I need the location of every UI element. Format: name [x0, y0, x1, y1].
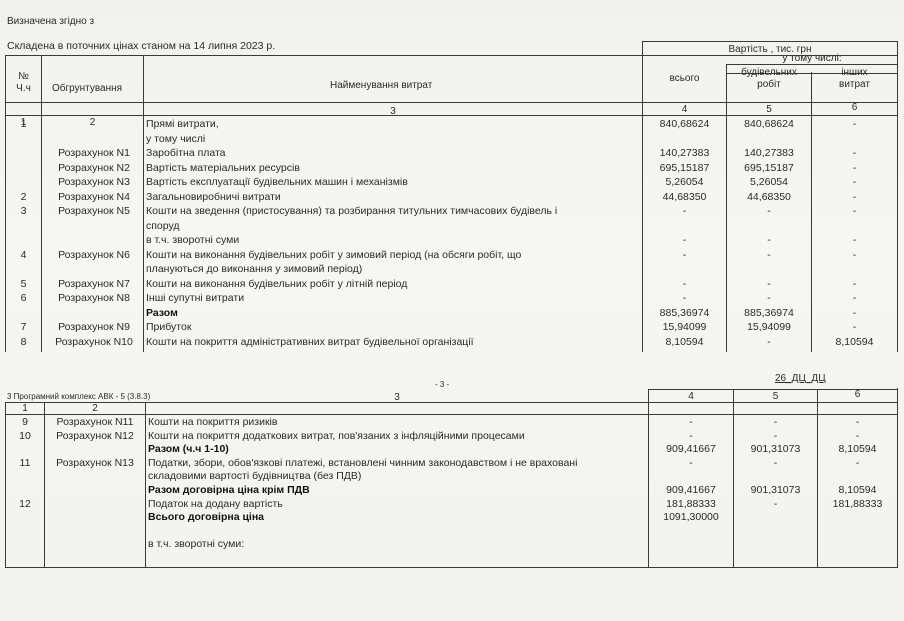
row-other: -	[812, 147, 897, 159]
row-other: -	[812, 205, 897, 217]
row-total: -	[649, 430, 733, 442]
row-basis: Розрахунок N6	[48, 249, 140, 261]
row-number: 11	[6, 457, 44, 469]
table2-bottom-border	[5, 567, 898, 568]
row-total: -	[649, 457, 733, 469]
row-basis: Розрахунок N8	[48, 292, 140, 304]
row-total: 140,27383	[643, 147, 726, 159]
t2-idx-3: 3	[146, 392, 648, 403]
table2-col-divider	[145, 402, 146, 568]
row-other: -	[812, 278, 897, 290]
row-other: -	[812, 307, 897, 319]
row-basis: Розрахунок N1	[48, 147, 140, 159]
col-num-header-line2: Ч.ч	[6, 83, 41, 95]
col-build-header-line2: робіт	[727, 79, 811, 91]
row-name: Разом договірна ціна крім ПДВ	[148, 484, 310, 496]
row-build: 44,68350	[727, 191, 811, 203]
row-other: 8,10594	[818, 484, 897, 496]
row-name: Кошти на зведення (пристосування) та роз…	[146, 205, 557, 217]
row-basis: Розрахунок N7	[48, 278, 140, 290]
row-build: 15,94099	[727, 321, 811, 333]
row-build: -	[734, 457, 817, 469]
row-total: -	[643, 249, 726, 261]
row-number: 3	[6, 205, 41, 217]
row-other: 181,88333	[818, 498, 897, 510]
row-build: 901,31073	[734, 484, 817, 496]
row-other: -	[812, 321, 897, 333]
row-number: 12	[6, 498, 44, 510]
row-basis: Розрахунок N13	[47, 457, 143, 469]
header-bottom-border	[5, 102, 898, 103]
row-total: 909,41667	[649, 443, 733, 455]
table1-col-divider	[41, 55, 42, 352]
row-total: 181,88333	[649, 498, 733, 510]
row-name: Разом	[146, 307, 178, 319]
row-build: -	[727, 336, 811, 348]
cost-header-top-border	[642, 41, 898, 42]
idx-3: 3	[144, 106, 642, 117]
row-name: Вартість експлуатації будівельних машин …	[146, 176, 408, 188]
row-other: -	[818, 457, 897, 469]
row-name: Всього договірна ціна	[148, 511, 264, 523]
row-total: -	[643, 205, 726, 217]
row-name: складовими вартості будівництва (без ПДВ…	[148, 470, 361, 482]
row-name: Податки, збори, обов'язкові платежі, вст…	[148, 457, 577, 469]
row-total: -	[649, 416, 733, 428]
table1-right-border	[897, 41, 898, 352]
t2-idx-4: 4	[649, 391, 733, 402]
row-number: 1	[6, 118, 41, 130]
row-build: 840,68624	[727, 118, 811, 130]
row-number: 4	[6, 249, 41, 261]
row-number: 2	[6, 191, 41, 203]
row-basis: Розрахунок N11	[47, 416, 143, 428]
row-total: 909,41667	[649, 484, 733, 496]
row-name: у тому числі	[146, 133, 205, 145]
table1-left-border	[5, 55, 6, 352]
row-total: 5,26054	[643, 176, 726, 188]
row-total: 1091,30000	[649, 511, 733, 523]
row-name: Прибуток	[146, 321, 191, 333]
row-name: Кошти на покриття адміністративних витра…	[146, 336, 474, 348]
software-label: 3 Програмний комплекс АВК - 5 (3.8.3)	[7, 392, 150, 401]
t2-idx-2: 2	[45, 403, 145, 414]
t2-idx-5: 5	[734, 391, 817, 402]
row-total: 695,15187	[643, 162, 726, 174]
row-total: 15,94099	[643, 321, 726, 333]
row-name: Разом (ч.ч 1-10)	[148, 443, 229, 455]
row-build: -	[734, 498, 817, 510]
row-total: 885,36974	[643, 307, 726, 319]
row-name: Заробітна плата	[146, 147, 226, 159]
col-basis-header: Обгрунтування	[52, 83, 122, 94]
row-basis: Розрахунок N10	[48, 336, 140, 348]
row-build: -	[727, 249, 811, 261]
col-incl-header: у тому числі:	[727, 53, 897, 64]
row-name: в т.ч. зворотні суми	[146, 234, 239, 246]
determined-by-text: Визначена згідно з	[7, 16, 94, 27]
row-build: -	[734, 416, 817, 428]
row-build: 140,27383	[727, 147, 811, 159]
row-build: 5,26054	[727, 176, 811, 188]
row-build: -	[727, 292, 811, 304]
row-basis: Розрахунок N4	[48, 191, 140, 203]
row-name: в т.ч. зворотні суми:	[148, 538, 244, 550]
col-build-header: будівельних робіт	[727, 67, 811, 91]
row-total: 44,68350	[643, 191, 726, 203]
row-other: -	[812, 162, 897, 174]
row-basis: Розрахунок N3	[48, 176, 140, 188]
col-other-header: інших витрат	[812, 67, 897, 91]
page-marker: - 3 -	[435, 380, 449, 389]
row-total: -	[643, 292, 726, 304]
row-other: -	[812, 191, 897, 203]
idx-6: 6	[812, 102, 897, 113]
row-number: 10	[6, 430, 44, 442]
row-other: -	[812, 176, 897, 188]
row-name: Кошти на покриття додаткових витрат, пов…	[148, 430, 525, 442]
col-other-header-line1: інших	[812, 67, 897, 79]
row-other: -	[812, 234, 897, 246]
col-total-header: всього	[643, 73, 726, 84]
row-build: -	[727, 278, 811, 290]
row-name: Кошти на виконання будівельних робіт у л…	[146, 278, 407, 290]
row-number: 7	[6, 321, 41, 333]
row-name: Вартість матеріальних ресурсів	[146, 162, 300, 174]
row-basis: Розрахунок N5	[48, 205, 140, 217]
col-name-header: Найменування витрат	[330, 80, 432, 91]
incl-header-border	[726, 64, 898, 65]
idx-5: 5	[727, 104, 811, 115]
row-other: -	[812, 249, 897, 261]
table2-right-border	[897, 388, 898, 568]
row-other: -	[812, 118, 897, 130]
row-total: -	[643, 278, 726, 290]
row-name: Податок на додану вартість	[148, 498, 283, 510]
row-name: Загальновиробничі витрати	[146, 191, 281, 203]
row-build: 901,31073	[734, 443, 817, 455]
row-name: споруд	[146, 220, 180, 232]
col-num-header-line1: №	[6, 71, 41, 83]
row-build: 695,15187	[727, 162, 811, 174]
row-total: -	[643, 234, 726, 246]
row-total: 840,68624	[643, 118, 726, 130]
row-name: плануються до виконання у зимовий період…	[146, 263, 362, 275]
form-code: 26_ДЦ_ДЦ	[775, 373, 826, 384]
row-other: 8,10594	[812, 336, 897, 348]
col-build-header-line1: будівельних	[727, 67, 811, 79]
row-name: Кошти на покриття ризиків	[148, 416, 277, 428]
col-other-header-line2: витрат	[812, 79, 897, 91]
row-number: 9	[6, 416, 44, 428]
composed-in-prices-text: Складена в поточних цінах станом на 14 л…	[7, 40, 275, 52]
row-basis: Розрахунок N12	[47, 430, 143, 442]
row-number: 8	[6, 336, 41, 348]
row-build: -	[727, 234, 811, 246]
row-number: 5	[6, 278, 41, 290]
row-other: 8,10594	[818, 443, 897, 455]
row-number: 6	[6, 292, 41, 304]
row-name: Прямі витрати,	[146, 118, 219, 130]
table1-col-divider	[143, 55, 144, 352]
table2-col-divider	[44, 402, 45, 568]
row-other: -	[812, 292, 897, 304]
row-basis: Розрахунок N2	[48, 162, 140, 174]
row-build: -	[727, 205, 811, 217]
idx-4: 4	[643, 104, 726, 115]
row-build: 885,36974	[727, 307, 811, 319]
row-basis: Розрахунок N9	[48, 321, 140, 333]
t2-idx-1: 1	[6, 403, 44, 414]
row-other: -	[818, 430, 897, 442]
row-build: -	[734, 430, 817, 442]
col-num-header: № Ч.ч	[6, 71, 41, 95]
row-name: Кошти на виконання будівельних робіт у з…	[146, 249, 521, 261]
table2-index-bottom-border	[5, 414, 898, 415]
estimate-document-page: Визначена згідно з Складена в поточних ц…	[0, 0, 904, 621]
row-total: 8,10594	[643, 336, 726, 348]
idx-2: 2	[42, 117, 143, 128]
row-other: -	[818, 416, 897, 428]
t2-idx-6: 6	[818, 389, 897, 400]
row-name: Інші супутні витрати	[146, 292, 244, 304]
